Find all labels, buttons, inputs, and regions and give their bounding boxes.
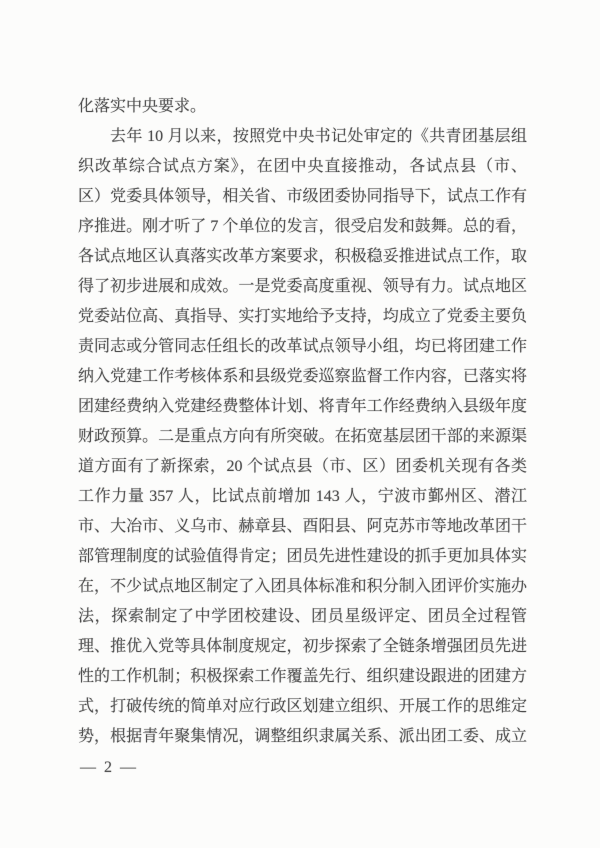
text-line: 去年 10 月以来，按照党中央书记处审定的《共青团基层组 [78, 122, 527, 152]
text-line: 理、推优入党等具体制度规定，初步探索了全链条增强团员先进 [78, 632, 527, 662]
text-line: 财政预算。二是重点方向有所突破。在拓宽基层团干部的来源渠 [78, 422, 527, 452]
text-line: 市、大冶市、义乌市、赫章县、酉阳县、阿克苏市等地改革团干 [78, 512, 527, 542]
document-page: 化落实中央要求。 去年 10 月以来，按照党中央书记处审定的《共青团基层组 织改… [0, 0, 600, 848]
text-line: 团建经费纳入党建经费整体计划、将青年工作经费纳入县级年度 [78, 392, 527, 422]
text-line: 性的工作机制；积极探索工作覆盖先行、组织建设跟进的团建方 [78, 662, 527, 692]
text-line: 部管理制度的试验值得肯定；团员先进性建设的抓手更加具体实 [78, 542, 527, 572]
text-line: 法，探索制定了中学团校建设、团员星级评定、团员全过程管 [78, 602, 527, 632]
text-line: 责同志或分管同志任组长的改革试点领导小组，均已将团建工作 [78, 332, 527, 362]
text-line: 织改革综合试点方案》，在团中央直接推动，各试点县（市、 [78, 152, 527, 182]
page-number: — 2 — [80, 754, 138, 782]
text-line: 化落实中央要求。 [78, 92, 527, 122]
document-text-block: 化落实中央要求。 去年 10 月以来，按照党中央书记处审定的《共青团基层组 织改… [78, 92, 527, 752]
text-line: 得了初步进展和成效。一是党委高度重视、领导有力。试点地区 [78, 272, 527, 302]
text-line: 势，根据青年聚集情况，调整组织隶属关系、派出团工委、成立 [78, 722, 527, 752]
text-line: 纳入党建工作考核体系和县级党委巡察监督工作内容，已落实将 [78, 362, 527, 392]
text-line: 党委站位高、真指导、实打实地给予支持，均成立了党委主要负 [78, 302, 527, 332]
text-line: 式，打破传统的简单对应行政区划建立组织、开展工作的思维定 [78, 692, 527, 722]
text-line: 序推进。刚才听了 7 个单位的发言，很受启发和鼓舞。总的看， [78, 212, 527, 242]
text-line: 区）党委具体领导，相关省、市级团委协同指导下，试点工作有 [78, 182, 527, 212]
text-line: 各试点地区认真落实改革方案要求，积极稳妥推进试点工作，取 [78, 242, 527, 272]
text-line: 在，不少试点地区制定了入团具体标准和积分制入团评价实施办 [78, 572, 527, 602]
text-line: 工作力量 357 人，比试点前增加 143 人，宁波市鄞州区、潜江 [78, 482, 527, 512]
text-line: 道方面有了新探索，20 个试点县（市、区）团委机关现有各类 [78, 452, 527, 482]
